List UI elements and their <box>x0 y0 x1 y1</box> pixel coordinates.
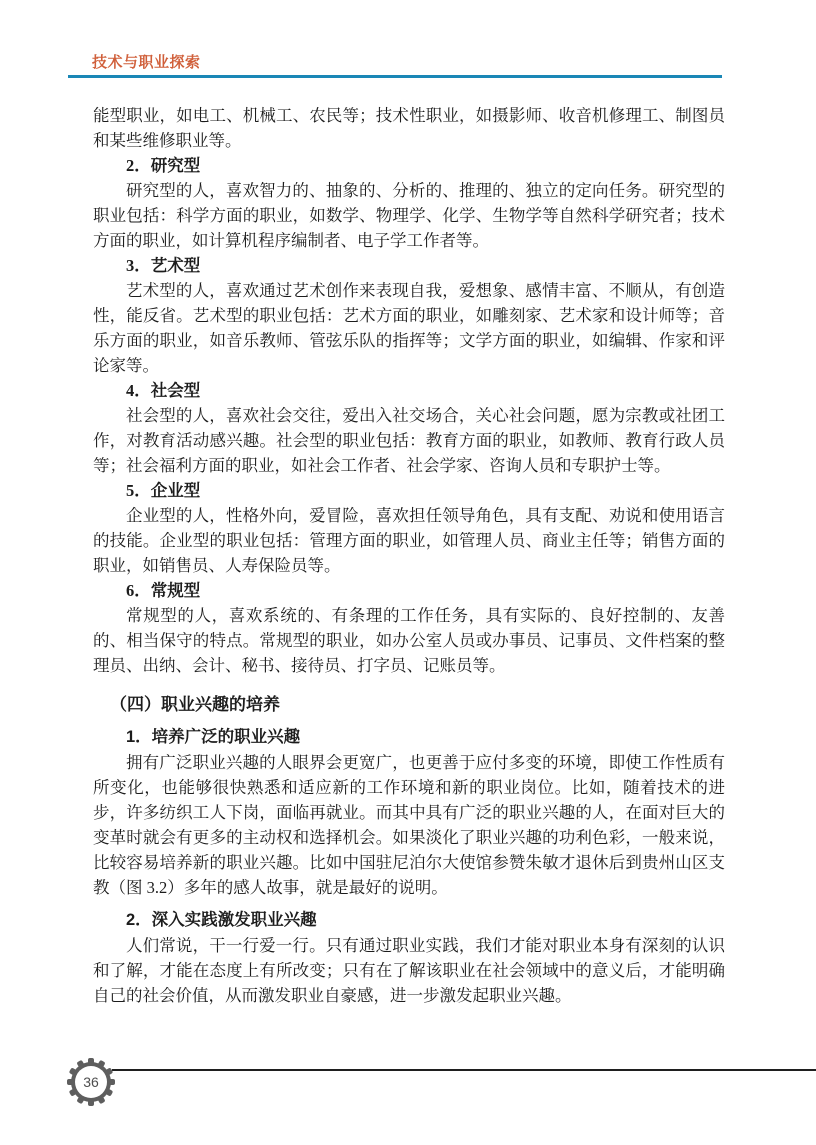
text-column: 能型职业，如电工、机械工、农民等；技术性职业，如摄影师、收音机修理工、制图员和某… <box>93 103 725 1008</box>
gear-icon: 36 <box>66 1057 116 1107</box>
paragraph-social-type: 社会型的人，喜欢社会交往，爱出入社交场合，关心社会问题，愿为宗教或社团工作，对教… <box>93 403 725 478</box>
paragraph-practice-stimulate-interest: 人们常说，干一行爱一行。只有通过职业实践，我们才能对职业本身有深刻的认识和了解，… <box>93 933 725 1008</box>
heading-cultivate-broad-interest: 1．培养广泛的职业兴趣 <box>93 725 725 750</box>
header-rule <box>68 75 722 78</box>
paragraph-cultivate-broad-interest: 拥有广泛职业兴趣的人眼界会更宽广，也更善于应付多变的环境，即使工作性质有所变化，… <box>93 750 725 900</box>
page-number: 36 <box>83 1074 99 1090</box>
heading-enterprising-type: 5．企业型 <box>93 478 725 503</box>
heading-part-four: （四）职业兴趣的培养 <box>93 692 725 717</box>
paragraph-conventional-type: 常规型的人，喜欢系统的、有条理的工作任务，具有实际的、良好控制的、友善的、相当保… <box>93 603 725 678</box>
paragraph-artistic-type: 艺术型的人，喜欢通过艺术创作来表现自我，爱想象、感情丰富、不顺从，有创造性，能反… <box>93 278 725 378</box>
heading-research-type: 2．研究型 <box>93 153 725 178</box>
textbook-page: 技术与职业探索 能型职业，如电工、机械工、农民等；技术性职业，如摄影师、收音机修… <box>0 0 816 1145</box>
paragraph-enterprising-type: 企业型的人，性格外向，爱冒险，喜欢担任领导角色，具有支配、劝说和使用语言的技能。… <box>93 503 725 578</box>
heading-practice-stimulate-interest: 2．深入实践激发职业兴趣 <box>93 908 725 933</box>
footer-rule <box>112 1069 816 1071</box>
paragraph-continuation: 能型职业，如电工、机械工、农民等；技术性职业，如摄影师、收音机修理工、制图员和某… <box>93 103 725 153</box>
heading-conventional-type: 6．常规型 <box>93 578 725 603</box>
heading-artistic-type: 3．艺术型 <box>93 253 725 278</box>
paragraph-research-type: 研究型的人，喜欢智力的、抽象的、分析的、推理的、独立的定向任务。研究型的职业包括… <box>93 178 725 253</box>
running-head-title: 技术与职业探索 <box>92 51 201 72</box>
heading-social-type: 4．社会型 <box>93 378 725 403</box>
